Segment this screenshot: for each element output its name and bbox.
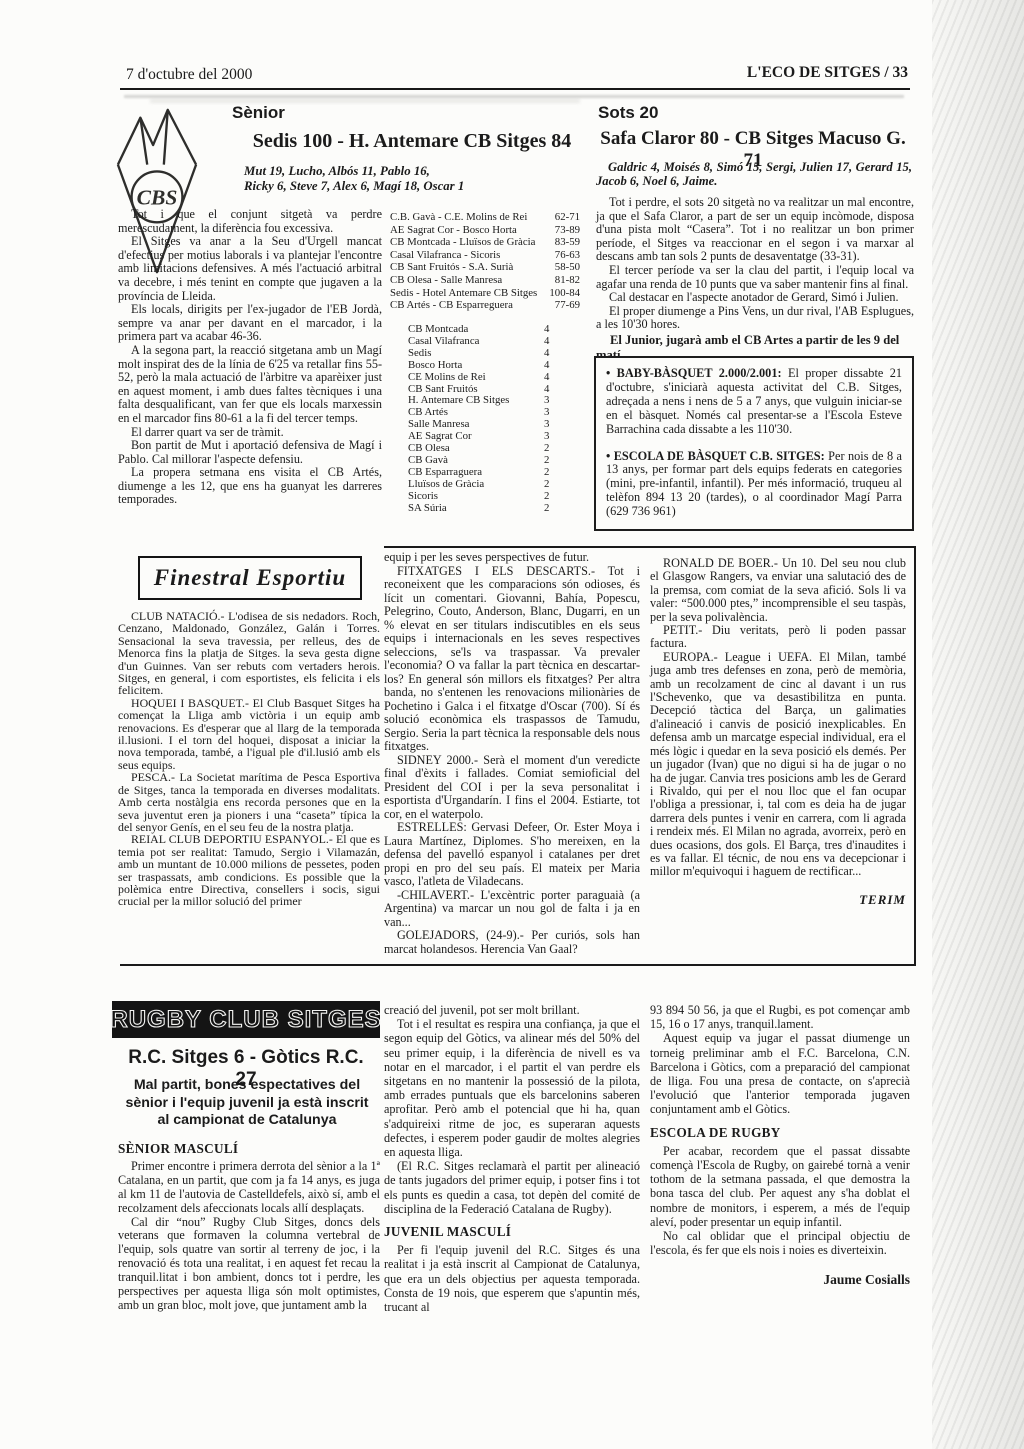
standings-points: 4 — [544, 348, 549, 360]
newspaper-page: 7 d'octubre del 2000 L'ECO DE SITGES / 3… — [0, 0, 1024, 1449]
finestral-paragraph: PETIT.- Diu veritats, però li poden pass… — [650, 624, 906, 651]
standings-row: SA Súria 2 — [408, 503, 583, 515]
rugby-column-1: SÈNIOR MASCULÍ Primer encontre i primera… — [118, 1133, 380, 1313]
page-masthead: L'ECO DE SITGES / 33 — [560, 64, 908, 82]
result-score: 58-50 — [555, 261, 580, 274]
page-date: 7 d'octubre del 2000 — [126, 66, 252, 84]
scan-smudge — [150, 99, 580, 103]
standings-team: Sicoris — [408, 491, 544, 503]
rugby-paragraph: (El R.C. Sitges reclamarà el partit per … — [384, 1159, 640, 1216]
result-row: AE Sagrat Cor - Bosco Horta 73-89 — [390, 224, 580, 237]
finestral-paragraph: FITXATGES I ELS DESCARTS.- Tot i reconei… — [384, 565, 640, 754]
standings-points: 2 — [544, 491, 549, 503]
finestral-paragraph: TERIM — [650, 893, 906, 906]
scan-edge-artifact — [932, 0, 1024, 1449]
rugby-paragraph: Per fi l'equip juvenil del R.C. Sitges é… — [384, 1243, 640, 1314]
article-paragraph: El darrer quart va ser de tràmit. — [118, 426, 382, 440]
rugby-banner-title: RUGBY CLUB SITGES — [110, 1006, 381, 1034]
standings-row: CB Esparraguera 2 — [408, 467, 583, 479]
result-row: C.B. Gavà - C.E. Molins de Rei 62-71 — [390, 211, 580, 224]
article-paragraph: El Sitges va anar a la Seu d'Urgell manc… — [118, 235, 382, 303]
finestral-right-rule — [914, 546, 916, 966]
result-match: CB Montcada - Lluïsos de Gràcia — [390, 236, 535, 249]
standings-row: Sedis 4 — [408, 348, 583, 360]
rugby-column-3: 93 894 50 56, ja que el Rugbi, es pot co… — [650, 1003, 910, 1288]
results-list: C.B. Gavà - C.E. Molins de Rei 62-71 AE … — [390, 211, 580, 312]
result-score: 100-84 — [549, 287, 580, 300]
standings-team: SA Súria — [408, 503, 544, 515]
notice-paragraph: • ESCOLA DE BÀSQUET C.B. SITGES: Per noi… — [606, 450, 902, 520]
standings-team: CE Molins de Rei — [408, 372, 544, 384]
rugby-paragraph: ESCOLA DE RUGBY — [650, 1126, 910, 1140]
header-rule-shadow — [124, 95, 904, 98]
result-row: Sedis - Hotel Antemare CB Sitges 100-84 — [390, 287, 580, 300]
sots20-article-body: Tot i perdre, el sots 20 sitgetà no va r… — [596, 196, 914, 332]
rugby-paragraph: Aquest equip va jugar el passat diumenge… — [650, 1031, 910, 1116]
section-label-senior: Sènior — [232, 103, 285, 123]
rugby-paragraph: No cal oblidar que el principal objectiu… — [650, 1229, 910, 1257]
result-match: AE Sagrat Cor - Bosco Horta — [390, 224, 517, 237]
article-paragraph: Bon partit de Mut i aportació defensiva … — [118, 439, 382, 466]
result-match: CB Sant Fruitós - S.A. Surià — [390, 261, 513, 274]
finestral-title: Finestral Esportiu — [154, 565, 346, 591]
result-score: 73-89 — [555, 224, 580, 237]
sots20-scorers: Galdric 4, Moisés 8, Simó 15, Sergi, Jul… — [596, 160, 912, 188]
rugby-paragraph: 93 894 50 56, ja que el Rugbi, es pot co… — [650, 1003, 910, 1031]
standings-team: Sedis — [408, 348, 544, 360]
finestral-top-rule — [384, 546, 916, 548]
finestral-paragraph: REIAL CLUB DEPORTIU ESPANYOL.- El que es… — [118, 833, 380, 907]
finestral-bottom-rule — [120, 964, 916, 966]
result-match: CB Olesa - Salle Manresa — [390, 274, 502, 287]
rugby-section-banner: RUGBY CLUB SITGES — [112, 1001, 380, 1038]
rugby-paragraph: Jaume Cosialls — [650, 1273, 910, 1287]
standings-row: CE Molins de Rei 4 — [408, 372, 583, 384]
rugby-paragraph: creació del juvenil, pot ser molt brilla… — [384, 1003, 640, 1017]
article-paragraph: Cal destacar en l'aspecte anotador de Ge… — [596, 291, 914, 305]
result-row: CB Sant Fruitós - S.A. Surià 58-50 — [390, 261, 580, 274]
standings-points: 2 — [544, 479, 549, 491]
standings-points: 2 — [544, 503, 549, 515]
finestral-paragraph: -CHILAVERT.- L'excèntric porter paraguai… — [384, 889, 640, 930]
standings-row: Lluïsos de Gràcia 2 — [408, 479, 583, 491]
rugby-paragraph: Per acabar, recordem que el passat dissa… — [650, 1144, 910, 1229]
article-paragraph: Tot i que el conjunt sitgetà va perdre m… — [118, 208, 382, 235]
senior-article-body: Tot i que el conjunt sitgetà va perdre m… — [118, 208, 382, 507]
senior-scorers-line1: Mut 19, Lucho, Albós 11, Pablo 16, — [244, 164, 584, 179]
finestral-paragraph: equip i per les seves perspectives de fu… — [384, 551, 640, 565]
standings-points: 2 — [544, 467, 549, 479]
finestral-column-2: equip i per les seves perspectives de fu… — [384, 551, 640, 956]
result-row: CB Artés - CB Esparreguera 77-69 — [390, 299, 580, 312]
result-match: Sedis - Hotel Antemare CB Sitges — [390, 287, 537, 300]
senior-match-title: Sedis 100 - H. Antemare CB Sitges 84 — [222, 130, 602, 153]
article-paragraph: La propera setmana ens visita el CB Arté… — [118, 466, 382, 507]
rugby-paragraph: Primer encontre i primera derrota del sè… — [118, 1160, 380, 1216]
article-paragraph: El tercer període va ser la clau del par… — [596, 264, 914, 291]
standings-row: Sicoris 2 — [408, 491, 583, 503]
result-match: Casal Vilafranca - Sicoris — [390, 249, 500, 262]
result-score: 83-59 — [555, 236, 580, 249]
section-label-sots20: Sots 20 — [598, 103, 658, 123]
standings-row: Casal Vilafranca 4 — [408, 336, 583, 348]
result-score: 62-71 — [555, 211, 580, 224]
standings-team: CB Esparraguera — [408, 467, 544, 479]
finestral-paragraph: RONALD DE BOER.- Un 10. Del seu nou club… — [650, 557, 906, 624]
result-row: Casal Vilafranca - Sicoris 76-63 — [390, 249, 580, 262]
finestral-paragraph: SIDNEY 2000.- Serà el moment d'un veredi… — [384, 754, 640, 822]
finestral-column-1: CLUB NATACIÓ.- L'odisea de sis nedadors.… — [118, 610, 380, 908]
article-paragraph: A la segona part, la reacció sitgetana a… — [118, 344, 382, 426]
senior-scorers-line2: Ricky 6, Steve 7, Alex 6, Magí 18, Oscar… — [244, 179, 584, 194]
rugby-paragraph: Cal dir “nou” Rugby Club Sitges, doncs d… — [118, 1216, 380, 1313]
notice-title: • BABY-BÀSQUET 2.000/2.001: — [606, 366, 782, 380]
finestral-paragraph: ESTRELLES: Gervasi Defeer, Or. Ester Moy… — [384, 821, 640, 889]
standings-row: Bosco Horta 4 — [408, 360, 583, 372]
rugby-subtitle: Mal partit, bones espectatives del sènio… — [118, 1077, 376, 1130]
notice-title: • ESCOLA DE BÀSQUET C.B. SITGES: — [606, 449, 825, 463]
rugby-paragraph: SÈNIOR MASCULÍ — [118, 1142, 380, 1156]
senior-scorers: Mut 19, Lucho, Albós 11, Pablo 16, Ricky… — [244, 164, 584, 194]
rugby-paragraph: JUVENIL MASCULÍ — [384, 1225, 640, 1239]
result-row: CB Olesa - Salle Manresa 81-82 — [390, 274, 580, 287]
finestral-paragraph: GOLEJADORS, (24-9).- Per curiós, sols ha… — [384, 929, 640, 956]
result-match: C.B. Gavà - C.E. Molins de Rei — [390, 211, 527, 224]
result-score: 77-69 — [555, 299, 580, 312]
standings-table: CB Montcada 4 Casal Vilafranca 4 Sedis 4… — [408, 324, 583, 515]
rugby-column-2: creació del juvenil, pot ser molt brilla… — [384, 1003, 640, 1314]
finestral-paragraph: CLUB NATACIÓ.- L'odisea de sis nedadors.… — [118, 610, 380, 697]
standings-points: 4 — [544, 360, 549, 372]
standings-team: Bosco Horta — [408, 360, 544, 372]
finestral-column-3: RONALD DE BOER.- Un 10. Del seu nou club… — [650, 557, 906, 906]
notice-paragraph: • BABY-BÀSQUET 2.000/2.001: El proper di… — [606, 367, 902, 437]
standings-points: 4 — [544, 372, 549, 384]
header-rule — [120, 88, 910, 90]
article-paragraph: El proper diumenge a Pins Vens, un dur r… — [596, 305, 914, 332]
standings-team: Lluïsos de Gràcia — [408, 479, 544, 491]
finestral-paragraph: PESCA.- La Societat marítima de Pesca Es… — [118, 771, 380, 833]
finestral-paragraph: EUROPA.- League i UEFA. El Milan, també … — [650, 651, 906, 879]
result-row: CB Montcada - Lluïsos de Gràcia 83-59 — [390, 236, 580, 249]
basketball-notices-box: • BABY-BÀSQUET 2.000/2.001: El proper di… — [594, 356, 914, 531]
article-paragraph: Els locals, dirigits per l'ex-jugador de… — [118, 303, 382, 344]
article-paragraph: Tot i perdre, el sots 20 sitgetà no va r… — [596, 196, 914, 264]
result-match: CB Artés - CB Esparreguera — [390, 299, 513, 312]
rugby-paragraph: Tot i el resultat es respira una confian… — [384, 1017, 640, 1159]
result-score: 76-63 — [555, 249, 580, 262]
finestral-paragraph: HOQUEI I BASQUET.- El Club Basquet Sitge… — [118, 697, 380, 771]
result-score: 81-82 — [555, 274, 580, 287]
finestral-title-box: Finestral Esportiu — [138, 556, 362, 600]
